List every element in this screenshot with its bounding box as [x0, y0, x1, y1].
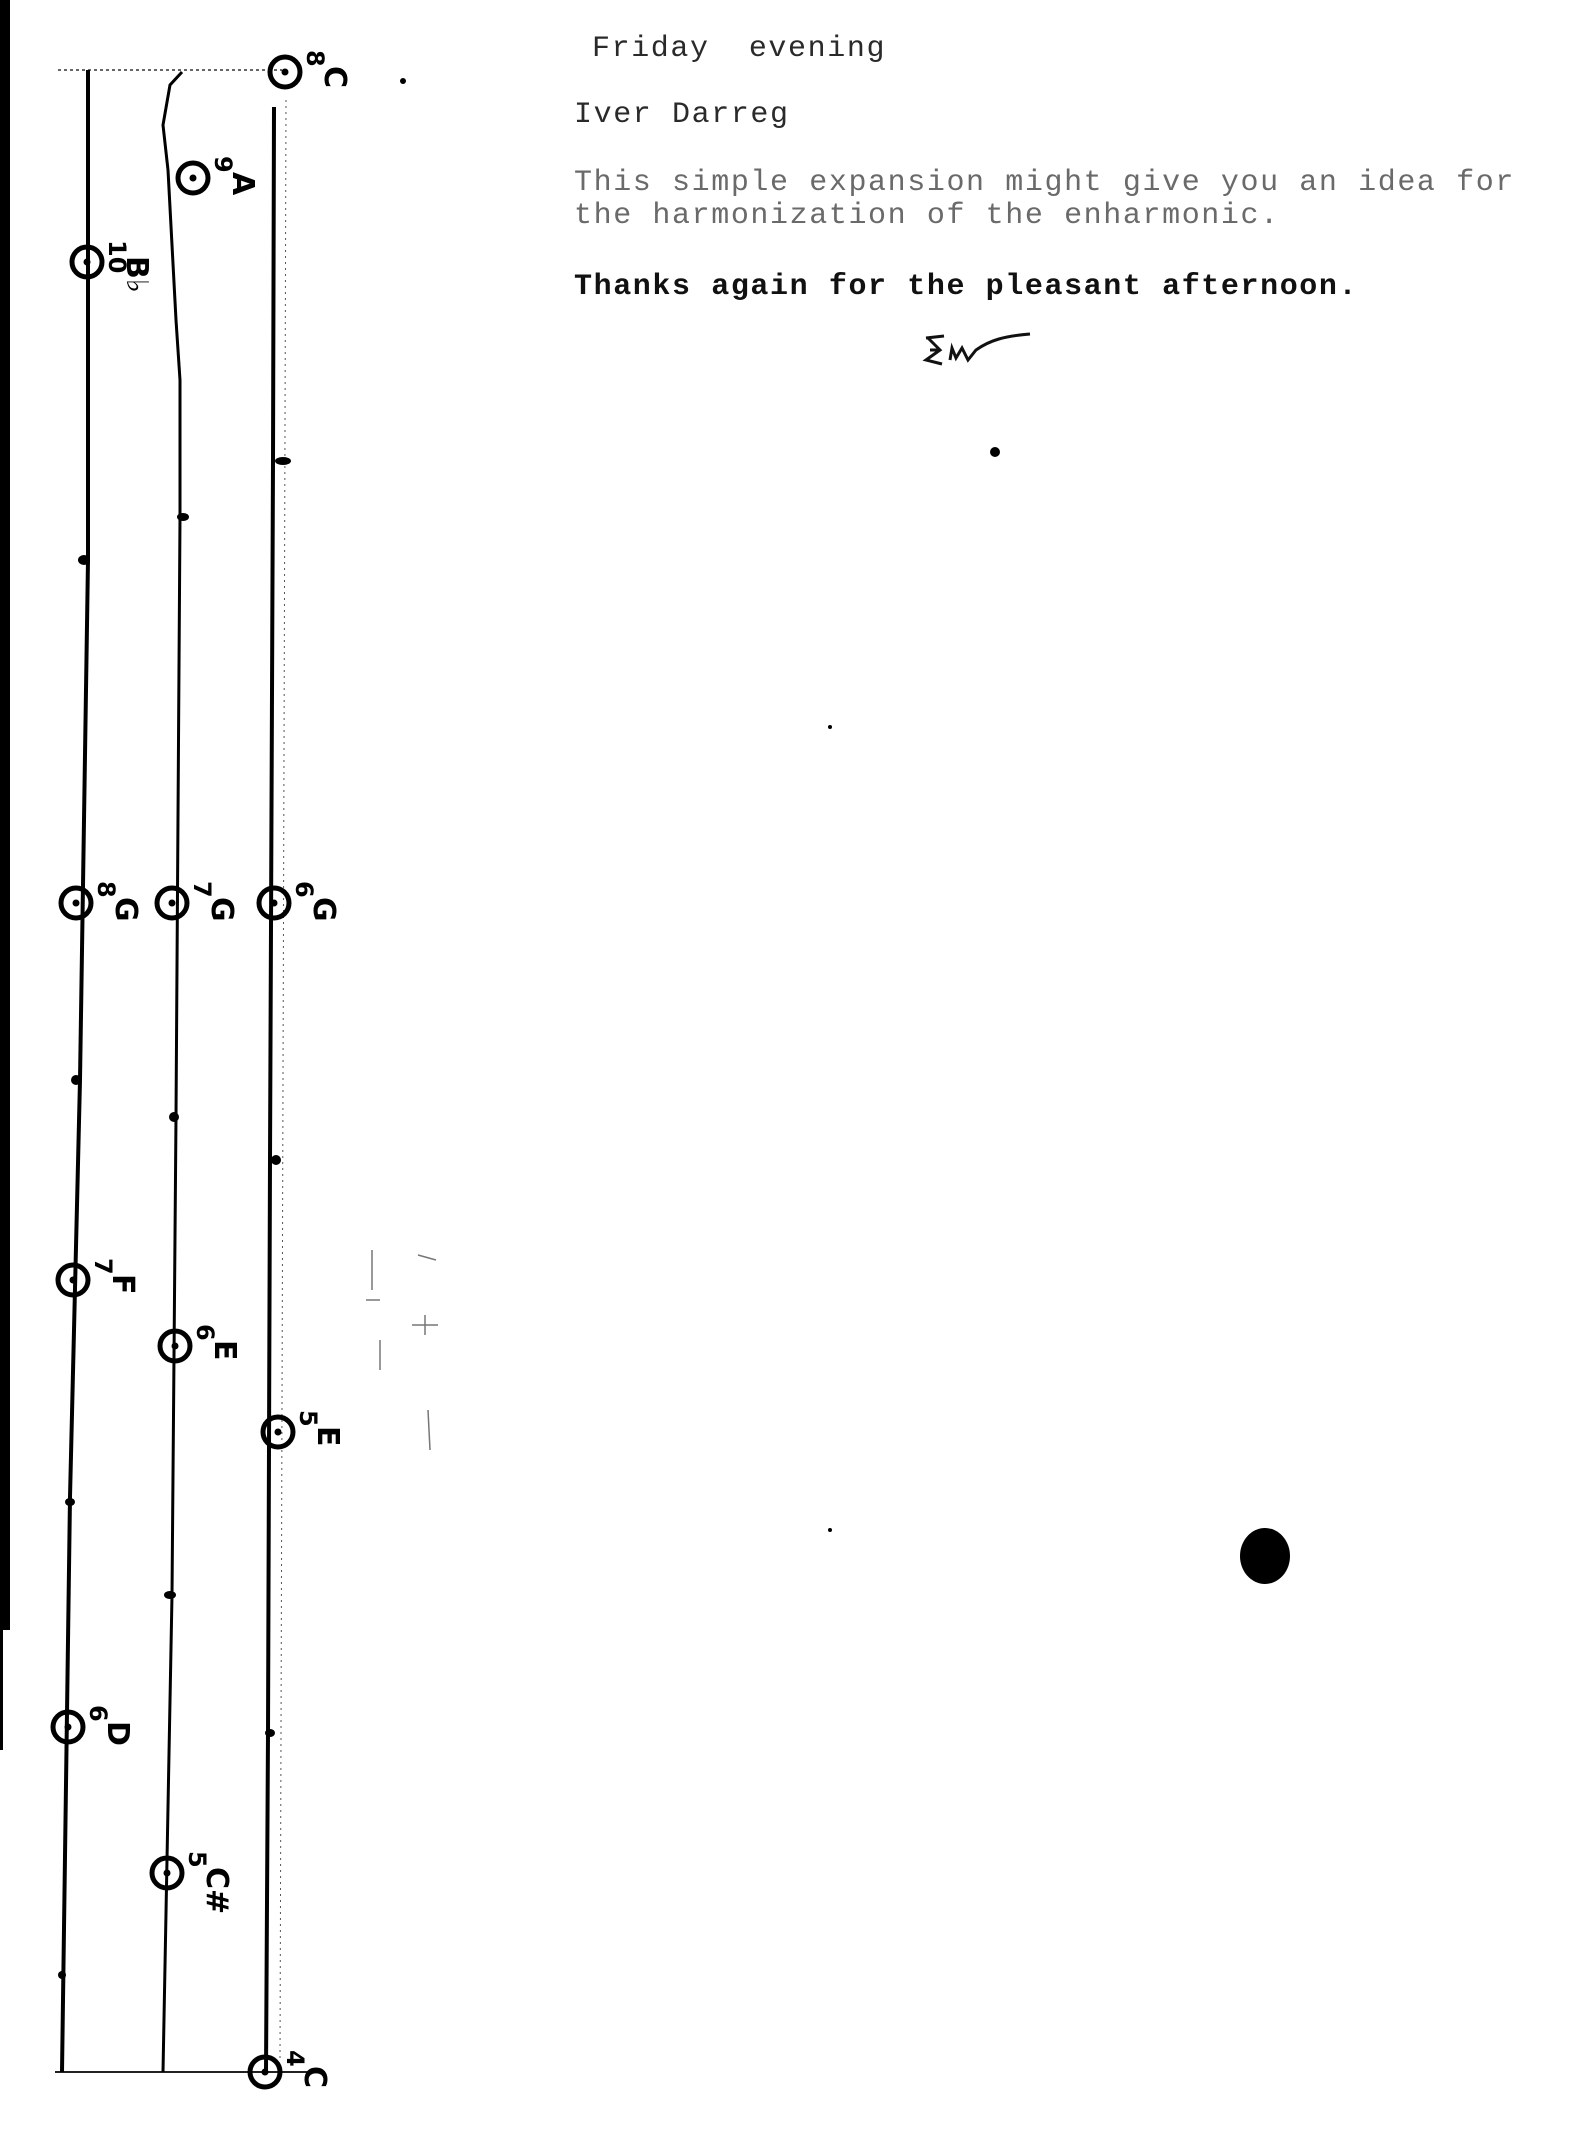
svg-text:D: D [100, 1721, 135, 1746]
note-marker-F7: 7F [58, 1258, 140, 1295]
typed-letter: Friday evening Iver Darreg This simple e… [560, 0, 1587, 600]
note-marker-E5: 5E [263, 1410, 345, 1447]
note-marker-G7: 7G [157, 881, 239, 922]
svg-text:C: C [317, 66, 352, 88]
svg-text:4: 4 [281, 2050, 309, 2067]
svg-text:6: 6 [290, 881, 318, 898]
circled-notes: 10B♭8G7F6D9A7G6E5C#8C6G5E4C [53, 50, 352, 2088]
letter-body-line-2: the harmonization of the enharmonic. [574, 199, 1280, 233]
svg-text:5: 5 [294, 1410, 322, 1427]
svg-text:5: 5 [183, 1851, 211, 1868]
svg-text:8: 8 [92, 881, 120, 898]
ink-blot [1240, 1528, 1290, 1584]
letter-recipient: Iver Darreg [574, 98, 790, 132]
note-marker-C4: 4C [250, 2050, 332, 2088]
svg-text:G: G [306, 897, 341, 922]
svg-text:6: 6 [191, 1324, 219, 1341]
svg-text:C: C [297, 2066, 332, 2088]
note-marker-C8: 8C [270, 50, 352, 88]
ink-speck [400, 78, 406, 84]
svg-text:F: F [105, 1274, 140, 1295]
right-column-line [266, 107, 274, 2072]
svg-text:9: 9 [209, 156, 237, 173]
note-marker-Bb10: 10B♭ [72, 240, 154, 293]
scanned-letter-page: 10B♭8G7F6D9A7G6E5C#8C6G5E4C Friday eveni… [0, 0, 1587, 2136]
pencil-marks [366, 1250, 438, 1450]
svg-text:A: A [225, 172, 260, 196]
letter-closing: Thanks again for the pleasant afternoon. [574, 270, 1358, 304]
note-marker-G8: 8G [61, 881, 143, 922]
ink-speck [828, 1528, 832, 1532]
left-column-line [62, 70, 88, 2072]
signature [920, 330, 1040, 380]
note-marker-E6: 6E [160, 1324, 242, 1361]
harmonic-diagram: 10B♭8G7F6D9A7G6E5C#8C6G5E4C [0, 0, 560, 2136]
ink-speck [990, 447, 1000, 457]
svg-text:G: G [108, 897, 143, 922]
svg-text:E: E [207, 1340, 242, 1361]
svg-text:8: 8 [301, 50, 329, 67]
svg-text:6: 6 [84, 1705, 112, 1722]
letter-body-line-1: This simple expansion might give you an … [574, 166, 1515, 200]
svg-text:7: 7 [89, 1258, 117, 1275]
right-guide-line [280, 100, 286, 2060]
note-marker-D6: 6D [53, 1705, 135, 1746]
svg-text:E: E [310, 1426, 345, 1447]
ink-speck [828, 725, 832, 729]
svg-text:B♭: B♭ [119, 256, 154, 293]
diagram-drawing: 10B♭8G7F6D9A7G6E5C#8C6G5E4C [0, 0, 560, 2136]
note-marker-A9: 9A [178, 156, 260, 196]
svg-text:C#: C# [199, 1867, 234, 1914]
note-marker-Cs5: 5C# [152, 1851, 234, 1914]
letter-heading: Friday evening [592, 32, 886, 66]
svg-text:G: G [204, 897, 239, 922]
note-marker-G6: 6G [259, 881, 341, 922]
middle-column-line [163, 72, 182, 2072]
svg-text:7: 7 [188, 881, 216, 898]
